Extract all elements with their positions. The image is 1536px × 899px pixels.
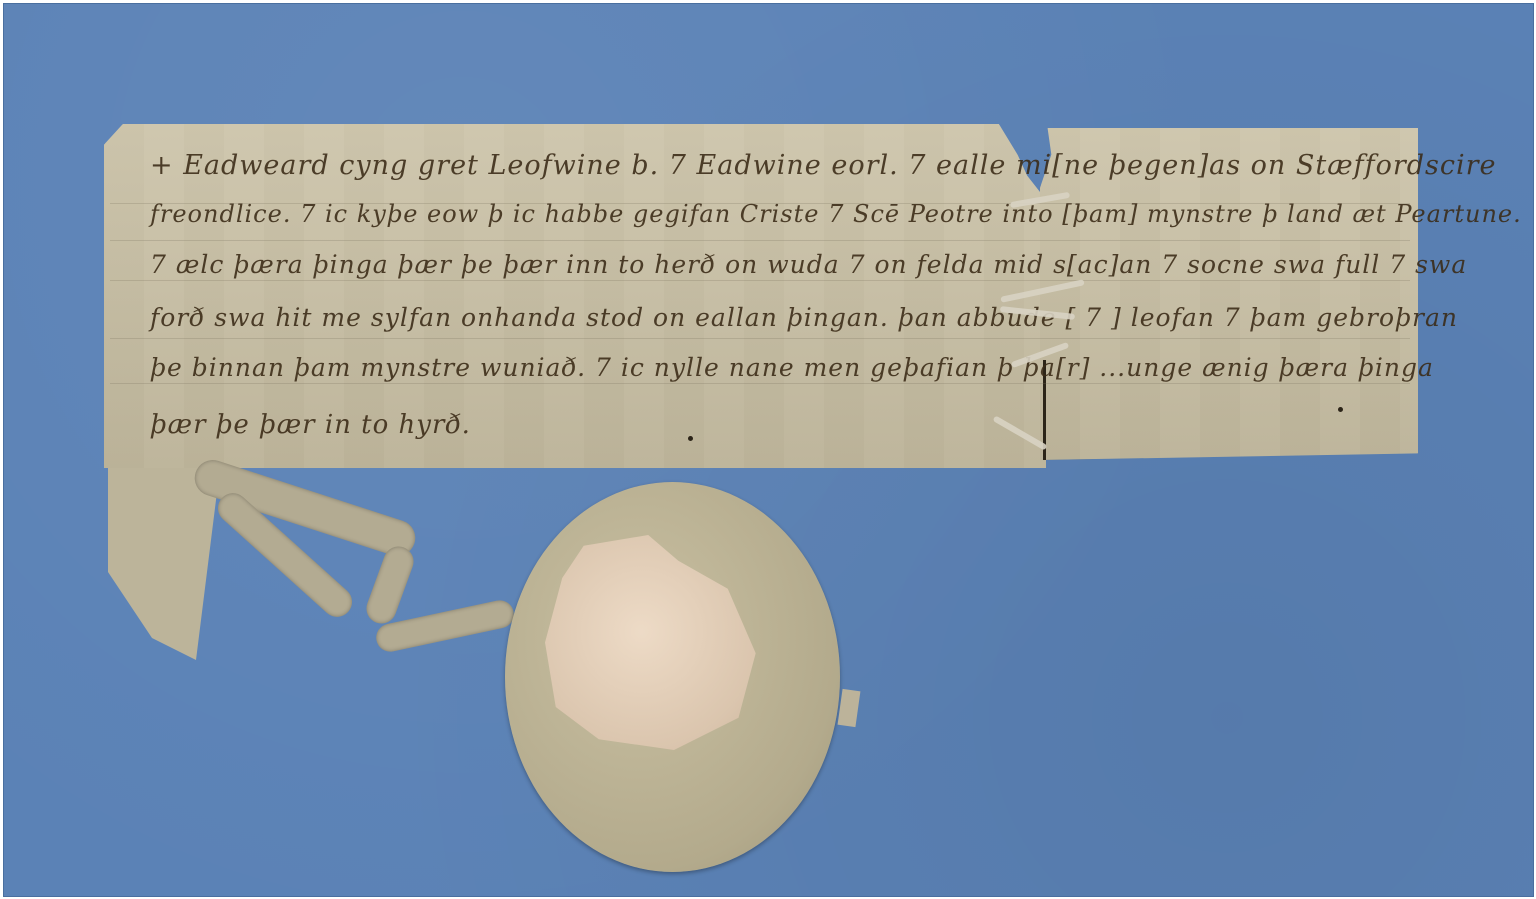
writ-line-4: forð swa hit me sylfan onhanda stod on e… xyxy=(150,303,1458,332)
ruling-line xyxy=(110,383,1410,384)
ruling-line xyxy=(110,280,1410,281)
writ-line-2: freondlice. 7 ic kyþe eow þ ic habbe geg… xyxy=(150,200,1522,228)
writ-line-3: 7 ælc þæra þinga þær þe þær inn to herð … xyxy=(150,250,1467,279)
ink-dot xyxy=(688,436,693,441)
ruling-line xyxy=(110,240,1410,241)
writ-line-6: þær þe þær in to hyrð. xyxy=(150,410,471,440)
ink-dot xyxy=(1338,407,1343,412)
ruling-line xyxy=(110,338,1410,339)
writ-line-1: + Eadweard cyng gret Leofwine b. 7 Eadwi… xyxy=(150,150,1497,181)
writ-line-5: þe binnan þam mynstre wuniað. 7 ic nylle… xyxy=(150,353,1434,382)
